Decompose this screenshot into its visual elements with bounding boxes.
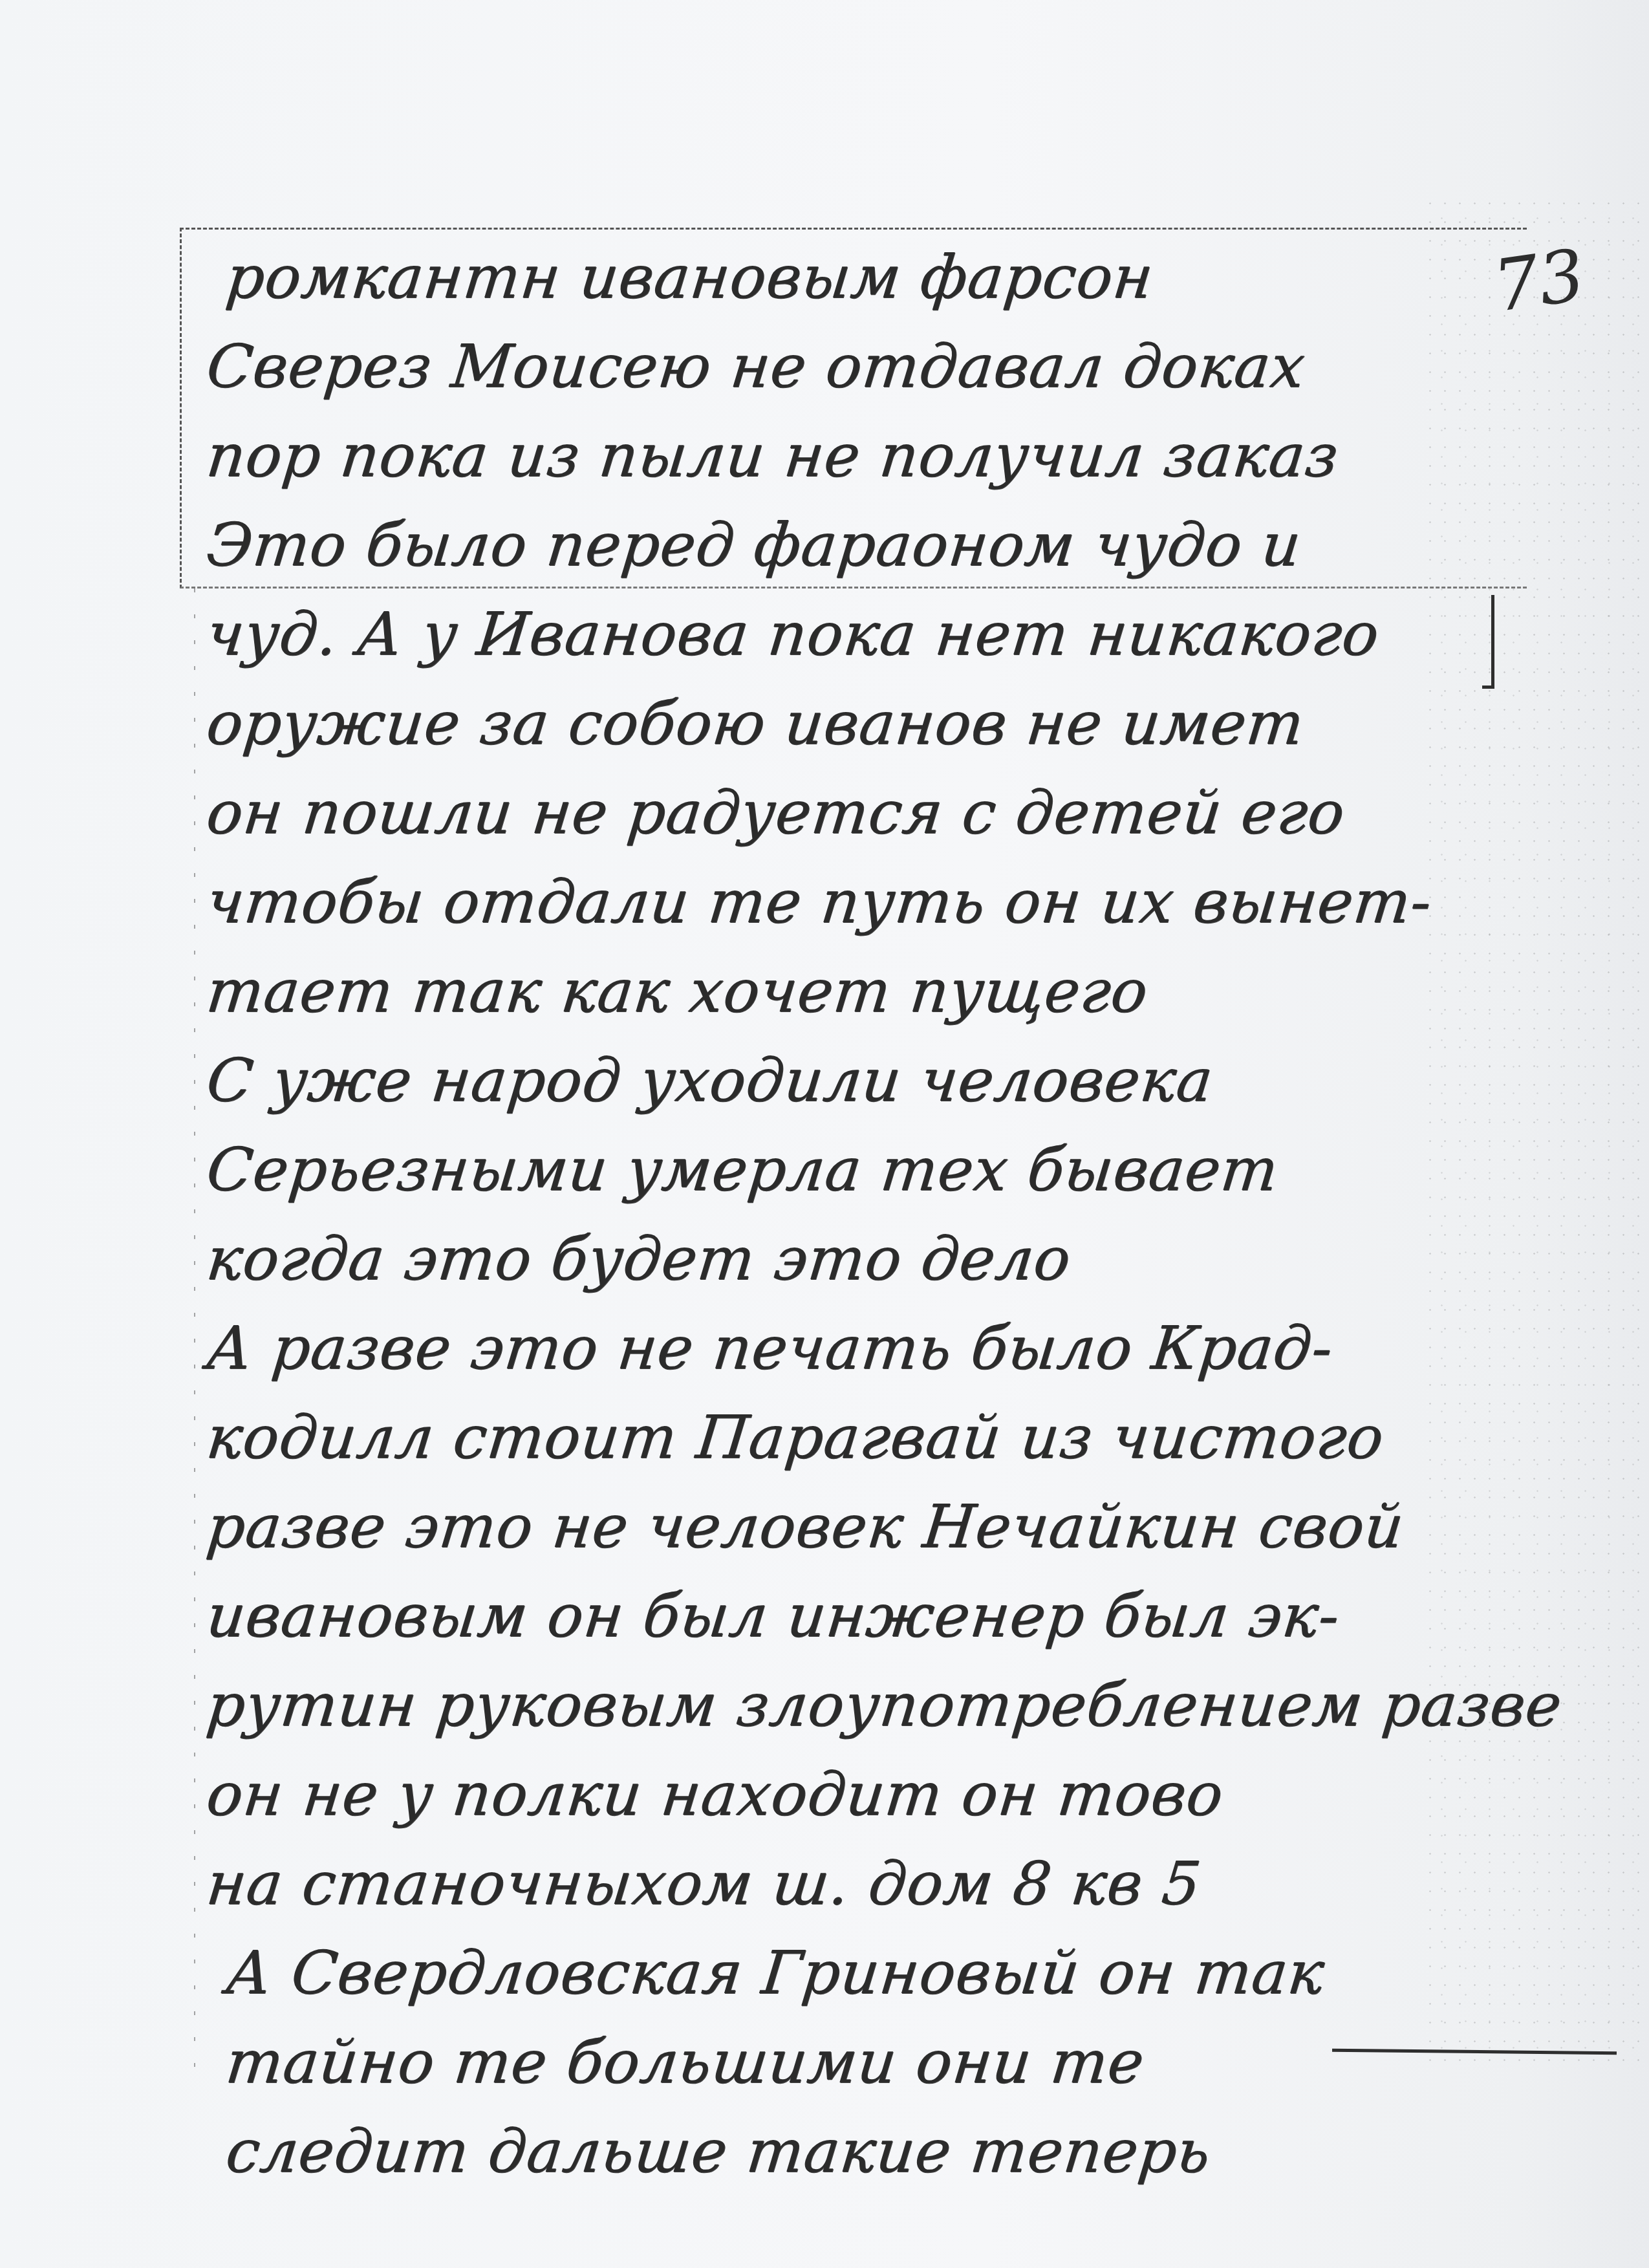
text-line: Это было перед фараоном чудо и bbox=[202, 501, 1505, 590]
text-line: тает так как хочет пущего bbox=[202, 947, 1505, 1036]
text-line: ромкантн ивановым фарсон bbox=[202, 233, 1505, 322]
text-line: С уже народ уходили человека bbox=[202, 1036, 1505, 1125]
text-line: разве это не человек Нечайкин свой bbox=[202, 1482, 1505, 1571]
text-line: А разве это не печать было Крад- bbox=[202, 1304, 1505, 1393]
text-line: пор пока из пыли не получил заказ bbox=[202, 411, 1505, 501]
left-margin-marks bbox=[194, 589, 195, 2076]
text-line: он пошли не радуется с детей его bbox=[202, 768, 1505, 858]
text-line: когда это будет это дело bbox=[202, 1215, 1505, 1304]
text-line: на станочныхом ш. дом 8 кв 5 bbox=[202, 1839, 1505, 1928]
text-line: А Свердловская Гриновый он так bbox=[202, 1928, 1505, 2018]
text-line: рутин руковым злоупотреблением разве bbox=[202, 1661, 1505, 1750]
text-line: тайно те большими они те bbox=[202, 2018, 1505, 2107]
manuscript-page: 73 ромкантн ивановым фарсон Сверез Моисе… bbox=[0, 0, 1649, 2268]
handwritten-text: ромкантн ивановым фарсон Сверез Моисею н… bbox=[207, 233, 1500, 2196]
text-line: следит дальше такие теперь bbox=[202, 2107, 1505, 2196]
text-line: чтобы отдали те путь он их вынет- bbox=[202, 858, 1505, 947]
text-line: Серьезными умерла тех бывает bbox=[202, 1125, 1505, 1215]
page-number: 73 bbox=[1489, 233, 1590, 328]
text-line: ивановым он был инженер был эк- bbox=[202, 1571, 1505, 1661]
text-line: чуд. А у Иванова пока нет никакого bbox=[202, 590, 1505, 679]
text-line: Сверез Моисею не отдавал доках bbox=[202, 322, 1505, 411]
text-line: он не у полки находит он тово bbox=[202, 1750, 1505, 1839]
text-line: оружие за собою иванов не имет bbox=[202, 679, 1505, 768]
text-line: кодилл стоит Парагвай из чистого bbox=[202, 1393, 1505, 1482]
